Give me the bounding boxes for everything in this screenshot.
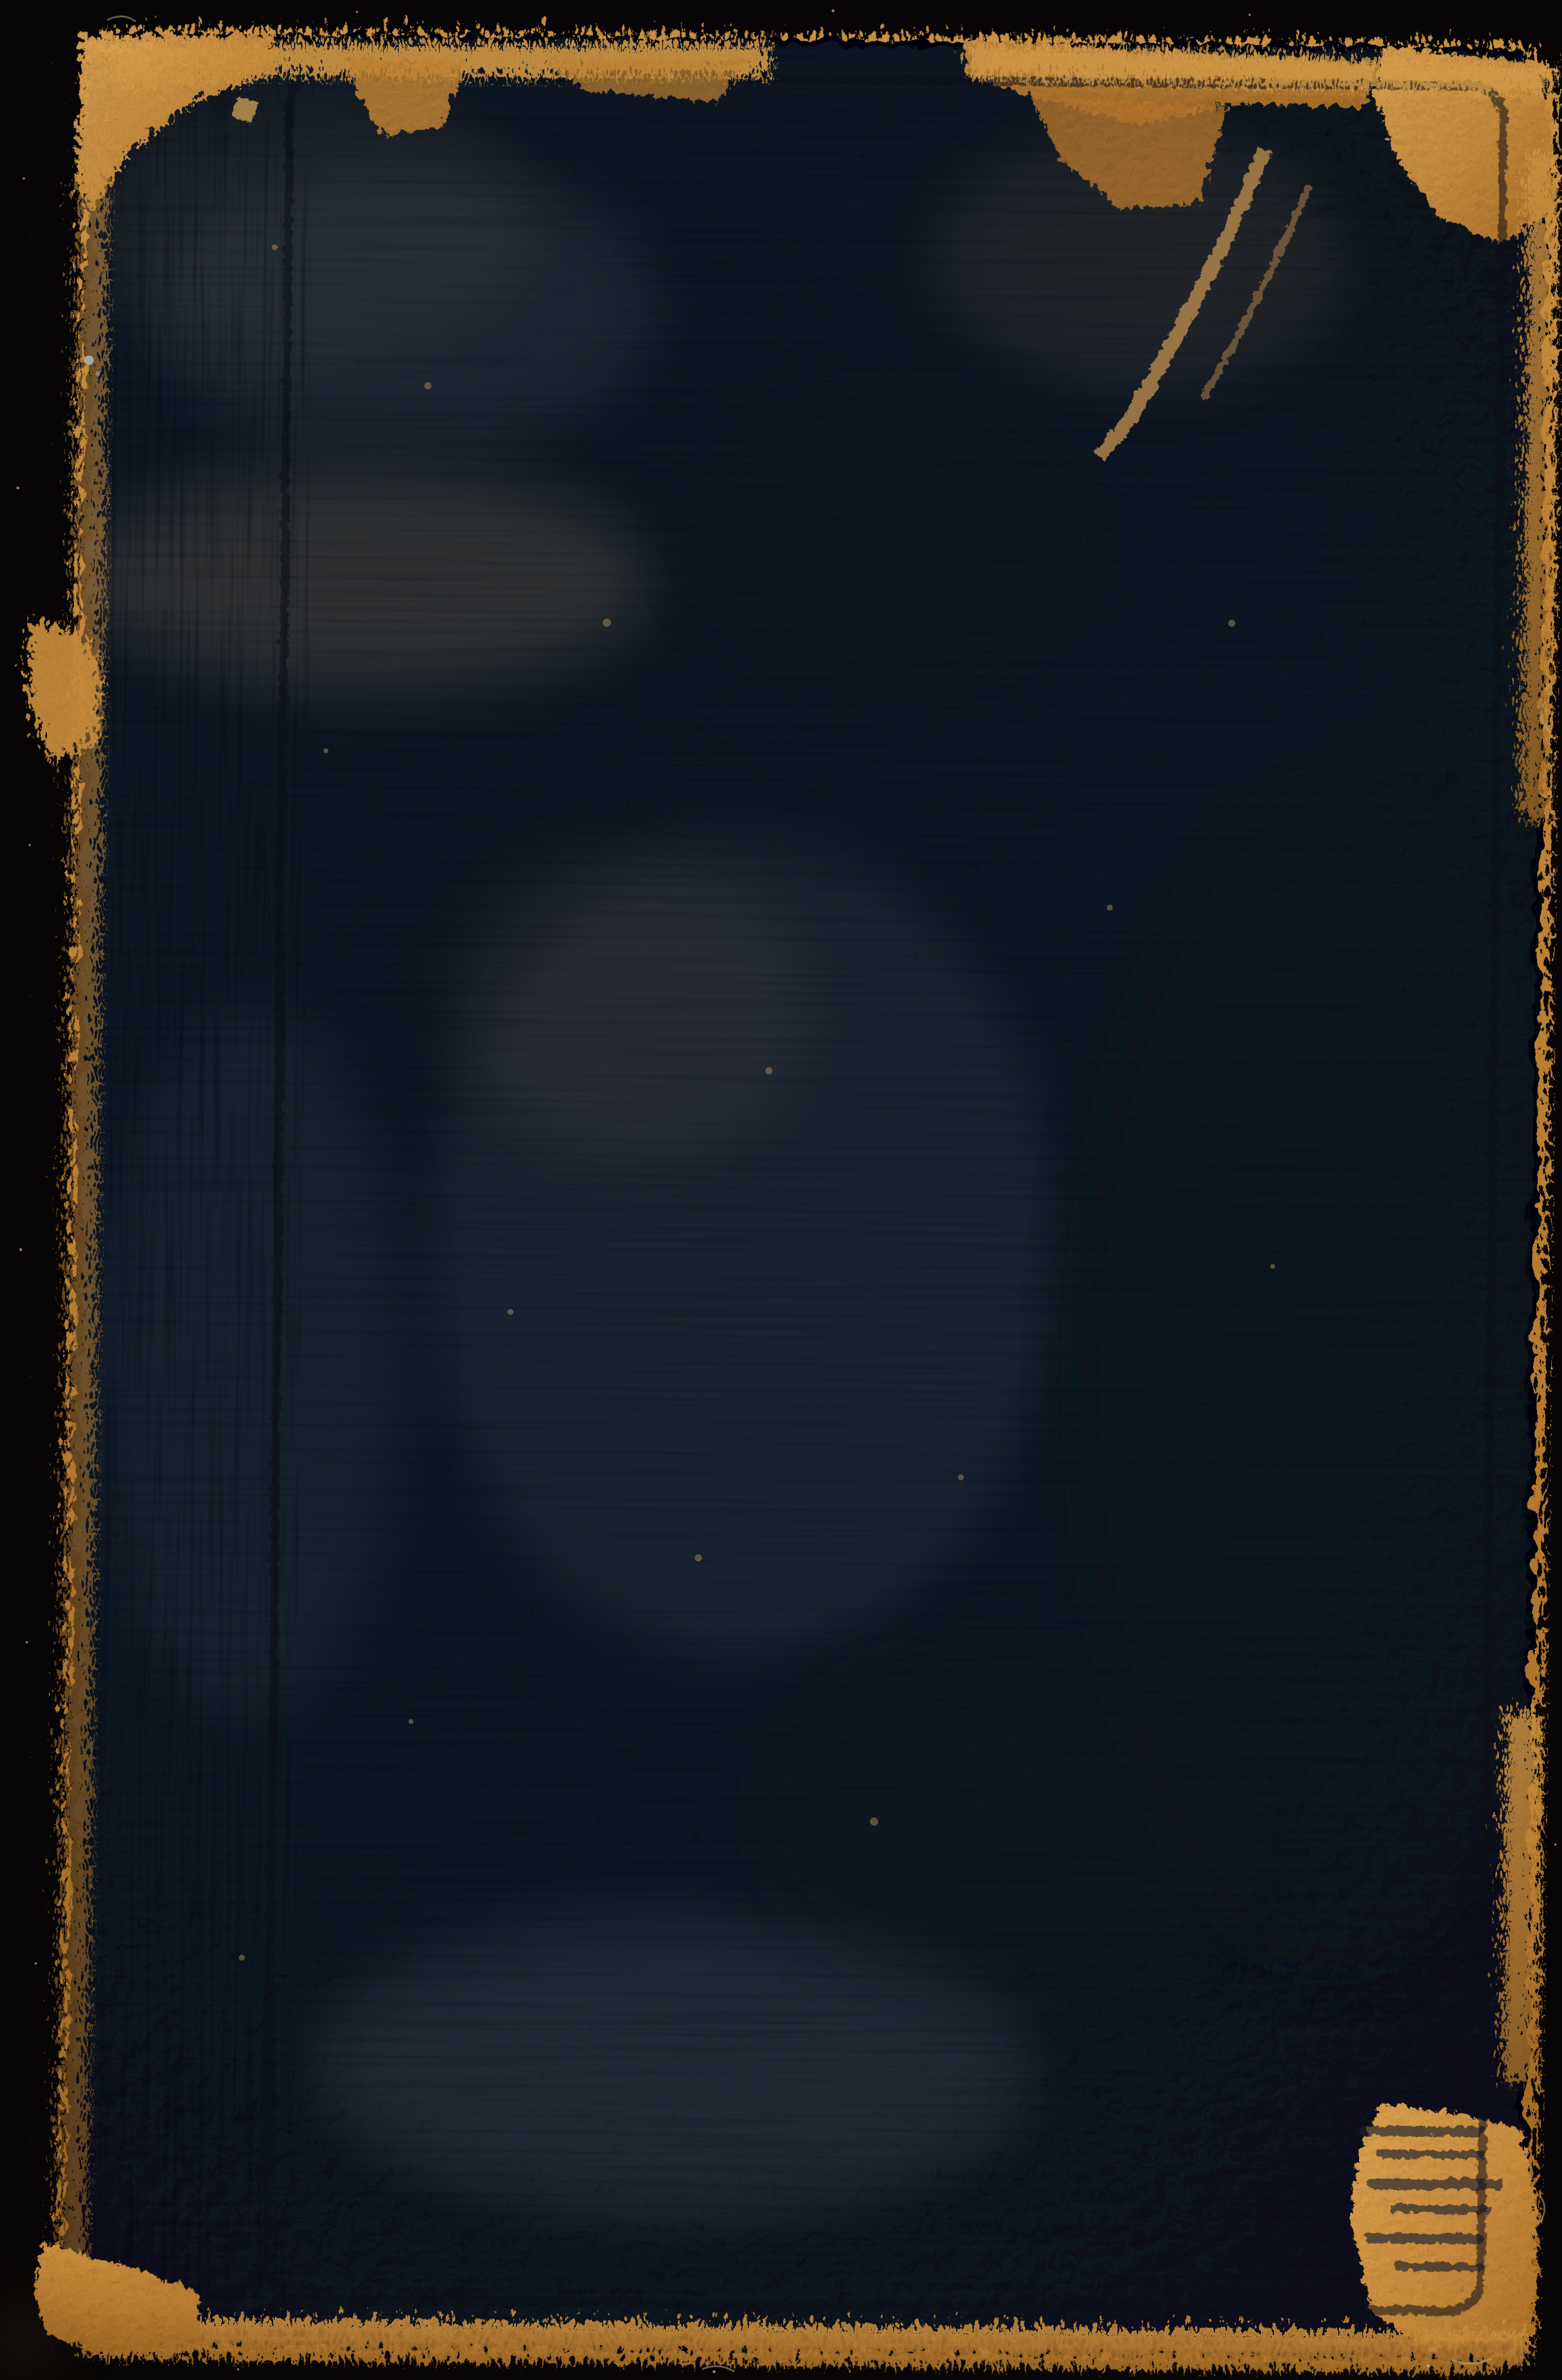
dust-speck xyxy=(17,487,20,490)
remnant-streak xyxy=(1363,2231,1482,2242)
remnant-streak xyxy=(1393,2262,1482,2271)
dust-speck xyxy=(713,2370,716,2373)
remnant-streak xyxy=(1358,2124,1483,2135)
dust-speck xyxy=(1129,2369,1132,2372)
remnant-streak xyxy=(1388,2203,1489,2212)
remnant-streak xyxy=(1376,2148,1483,2157)
right-edge-wear-lower xyxy=(1493,1703,1530,2072)
dust-speck xyxy=(1552,296,1554,299)
book-cover-scan xyxy=(0,0,1562,2380)
dust-speck xyxy=(26,1641,28,1643)
scanner-bed xyxy=(0,0,1562,2380)
dust-speck xyxy=(23,177,25,180)
dust-speck xyxy=(237,2368,239,2370)
dust-speck xyxy=(1551,1367,1553,1370)
dust-speck xyxy=(832,10,835,12)
book-cover xyxy=(5,21,1562,2366)
dust-speck xyxy=(1553,891,1556,894)
dust-speck xyxy=(1427,2365,1430,2368)
dust-speck xyxy=(29,844,31,846)
dust-speck xyxy=(35,1962,37,1965)
dust-speck xyxy=(356,11,358,13)
dust-speck xyxy=(1248,14,1251,16)
dust-speck xyxy=(1554,1843,1557,1846)
dust-speck xyxy=(20,1248,23,1251)
